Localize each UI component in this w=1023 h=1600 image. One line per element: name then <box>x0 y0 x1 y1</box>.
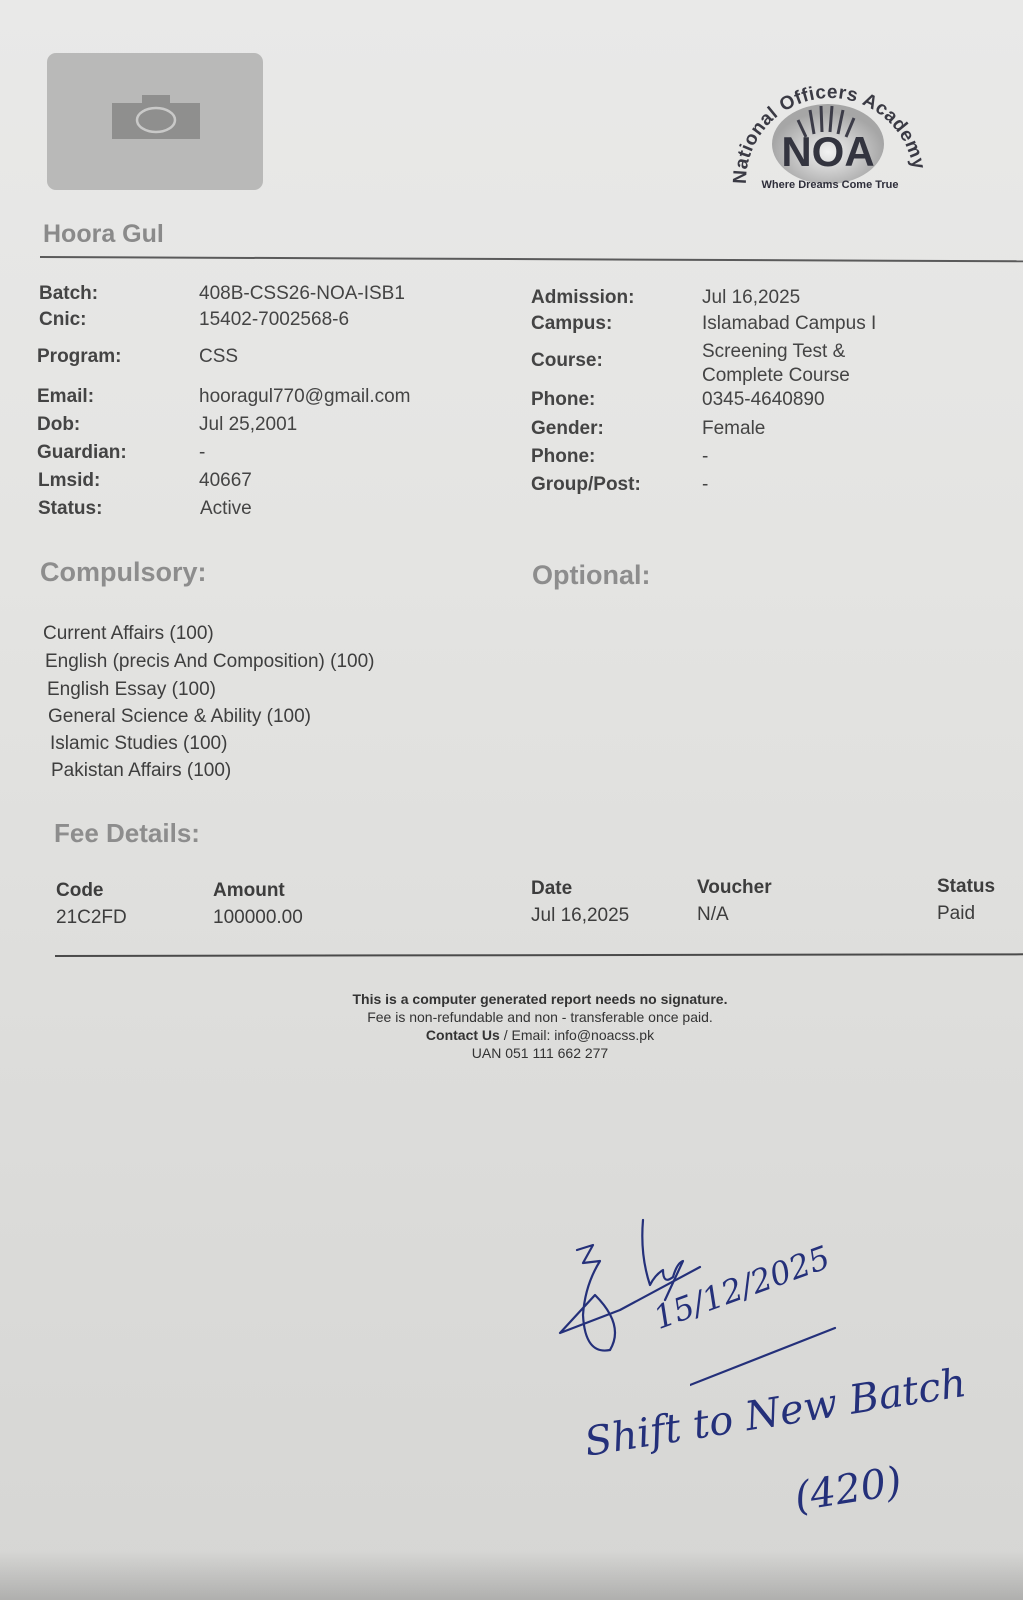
field-label: Group/Post: <box>531 474 641 496</box>
field-label: Gender: <box>531 418 604 440</box>
student-photo-placeholder <box>47 53 263 190</box>
field-value: Active <box>200 498 252 520</box>
subject-item: General Science & Ability (100) <box>48 706 311 728</box>
fee-cell: Paid <box>937 903 975 925</box>
field-label: Phone: <box>531 446 595 468</box>
fee-cell: 21C2FD <box>56 907 127 929</box>
field-value: 408B-CSS26-NOA-ISB1 <box>199 283 405 305</box>
footer-uan: UAN 051 111 662 277 <box>290 1044 790 1062</box>
field-label: Campus: <box>531 313 612 335</box>
fee-cell: N/A <box>697 904 729 926</box>
subject-item: English (precis And Composition) (100) <box>45 651 375 673</box>
field-label: Admission: <box>531 287 634 309</box>
field-label: Cnic: <box>39 309 87 331</box>
field-label: Program: <box>37 346 121 368</box>
svg-text:NOA: NOA <box>781 128 874 175</box>
fee-column-header: Status <box>937 876 995 898</box>
fee-column-header: Date <box>531 878 572 900</box>
footer-disclaimer: This is a computer generated report need… <box>290 990 790 1008</box>
svg-text:Where Dreams Come True: Where Dreams Come True <box>762 179 899 191</box>
field-value: Jul 25,2001 <box>199 414 297 436</box>
subject-item: English Essay (100) <box>47 679 216 701</box>
field-value: - <box>199 442 205 464</box>
field-value: Islamabad Campus I <box>702 313 876 335</box>
fee-divider <box>55 953 1023 957</box>
fee-column-header: Amount <box>213 880 285 902</box>
subject-item: Islamic Studies (100) <box>50 733 227 755</box>
subject-item: Pakistan Affairs (100) <box>51 760 231 782</box>
camera-icon <box>112 95 200 139</box>
field-value: hooragul770@gmail.com <box>199 386 411 408</box>
field-value: 0345-4640890 <box>702 389 825 411</box>
footer-contact: Contact Us / Email: info@noacss.pk <box>290 1026 790 1044</box>
field-value: 40667 <box>199 470 252 492</box>
subject-item: Current Affairs (100) <box>43 623 214 645</box>
fee-cell: 100000.00 <box>213 907 303 929</box>
field-label: Dob: <box>37 414 80 436</box>
field-label: Email: <box>37 386 94 408</box>
field-label: Phone: <box>531 389 595 411</box>
date-underline <box>690 1300 850 1390</box>
report-footer: This is a computer generated report need… <box>290 990 790 1062</box>
compulsory-heading: Compulsory: <box>40 557 207 588</box>
field-value-line: Screening Test & <box>702 340 850 364</box>
fee-column-header: Voucher <box>697 877 772 899</box>
fee-cell: Jul 16,2025 <box>531 905 629 927</box>
fee-details-heading: Fee Details: <box>54 818 200 849</box>
field-label: Status: <box>38 498 102 520</box>
optional-heading: Optional: <box>532 560 650 591</box>
field-value: - <box>702 474 708 496</box>
field-value: - <box>702 446 708 468</box>
footer-contact-email: / Email: info@noacss.pk <box>500 1027 654 1043</box>
footer-contact-label: Contact Us <box>426 1027 500 1043</box>
noa-logo: NOA National Officers Academy Where Drea… <box>718 62 933 202</box>
field-value: CSS <box>199 346 238 368</box>
field-label: Course: <box>531 350 603 372</box>
field-label: Guardian: <box>37 442 127 464</box>
page-shadow <box>0 1550 1023 1600</box>
field-value: Screening Test &Complete Course <box>702 340 850 388</box>
field-value: 15402-7002568-6 <box>199 309 349 331</box>
field-value: Jul 16,2025 <box>702 287 800 309</box>
handwritten-batch-number: (420) <box>791 1458 904 1520</box>
field-value-line: Complete Course <box>702 364 850 388</box>
header-divider <box>40 256 1023 262</box>
footer-fee-policy: Fee is non-refundable and non - transfer… <box>290 1008 790 1026</box>
student-name: Hoora Gul <box>43 220 164 249</box>
field-label: Lmsid: <box>38 470 100 492</box>
fee-column-header: Code <box>56 880 104 902</box>
field-label: Batch: <box>39 283 98 305</box>
field-value: Female <box>702 418 765 440</box>
admission-report-page: NOA National Officers Academy Where Drea… <box>0 0 1023 1600</box>
